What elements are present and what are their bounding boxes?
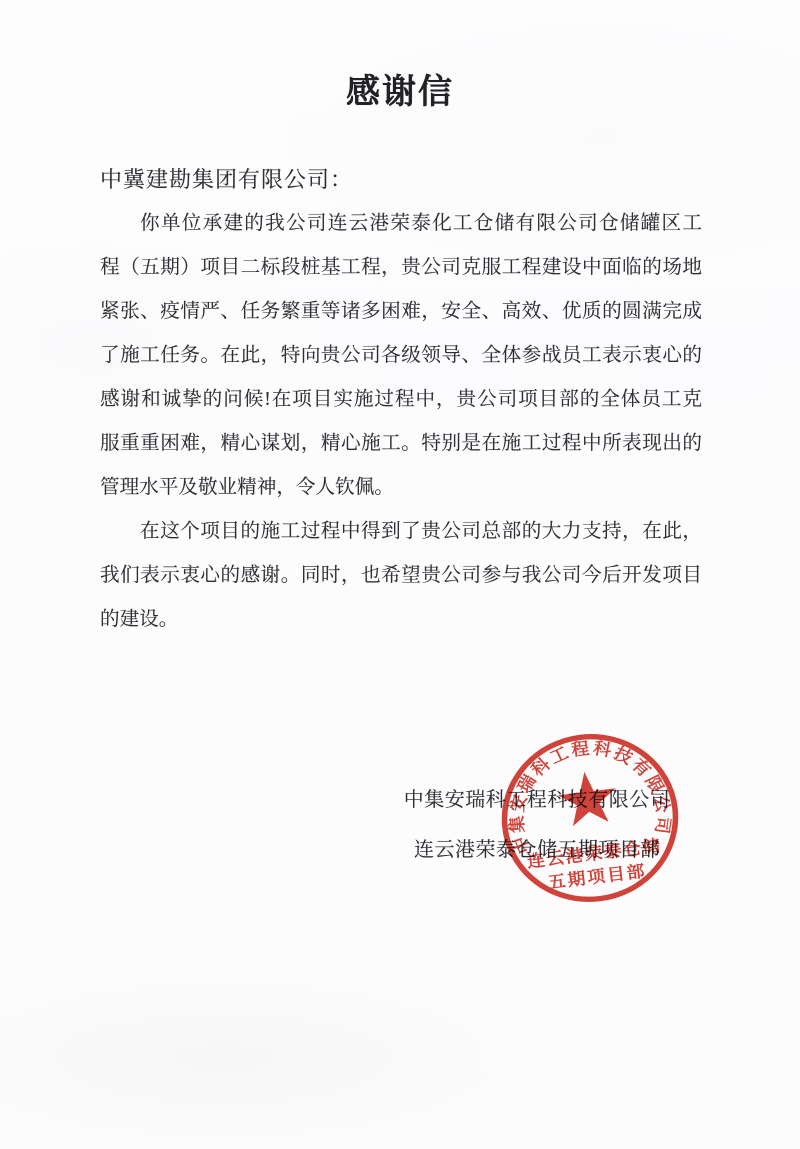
scanned-letter-page: 感谢信 中冀建勘集团有限公司： 你单位承建的我公司连云港荣泰化工仓储有限公司仓储… xyxy=(0,0,800,1149)
body-line-4: 了施工任务。在此，特向贵公司各级领导、全体参战员工表示衷心的 xyxy=(100,334,702,378)
body-line-5: 感谢和诚挚的问候!在项目实施过程中，贵公司项目部的全体员工克 xyxy=(100,378,702,422)
letter-title: 感谢信 xyxy=(0,70,800,114)
body-line-6: 服重重困难，精心谋划，精心施工。特别是在施工过程中所表现出的 xyxy=(100,422,702,466)
letter-body: 你单位承建的我公司连云港荣泰化工仓储有限公司仓储罐区工 程（五期）项目二标段桩基… xyxy=(100,202,702,642)
salutation: 中冀建勘集团有限公司： xyxy=(100,160,353,200)
seal-star-icon xyxy=(556,768,620,827)
body-line-3: 紧张、疫情严、任务繁重等诸多困难，安全、高效、优质的圆满完成 xyxy=(100,290,702,334)
body-line-1: 你单位承建的我公司连云港荣泰化工仓储有限公司仓储罐区工 xyxy=(100,202,702,246)
company-seal-graphic: 中集安瑞科工程科技有限公司 连云港荣泰仓储 五期项目部 xyxy=(466,699,714,938)
body-line-8: 在这个项目的施工过程中得到了贵公司总部的大力支持，在此， xyxy=(100,510,702,554)
body-line-7: 管理水平及敬业精神，令人钦佩。 xyxy=(100,466,702,510)
company-seal: 中集安瑞科工程科技有限公司 连云港荣泰仓储 五期项目部 xyxy=(466,699,714,938)
body-line-10: 的建设。 xyxy=(100,598,702,642)
body-line-9: 我们表示衷心的感谢。同时，也希望贵公司参与我公司今后开发项目 xyxy=(100,554,702,598)
body-line-2: 程（五期）项目二标段桩基工程，贵公司克服工程建设中面临的场地 xyxy=(100,246,702,290)
